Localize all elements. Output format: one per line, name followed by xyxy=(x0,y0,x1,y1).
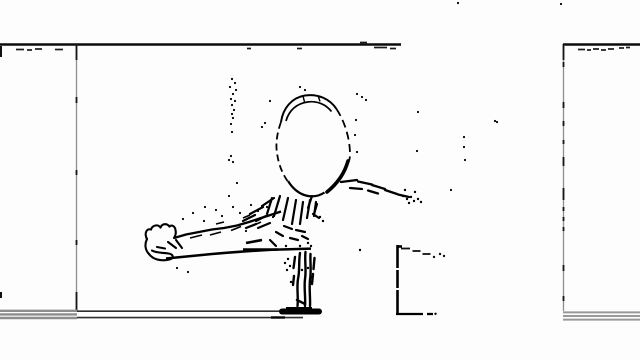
head-top-inner-arc xyxy=(286,102,332,121)
top-frame-dashes-right xyxy=(578,48,630,51)
box-left-edge xyxy=(397,245,402,313)
arm-bottom-edge xyxy=(166,249,311,259)
head-left-edge xyxy=(276,122,287,181)
head-right-edge xyxy=(337,109,351,163)
noise-dot-column-left-of-head xyxy=(228,78,263,184)
misc-noise-dots xyxy=(264,2,562,191)
torso-fold-strokes xyxy=(284,245,315,306)
edge-canvas xyxy=(0,0,640,360)
hand-outline xyxy=(145,224,182,260)
box-bottom-edge xyxy=(396,313,437,315)
head-chin-edge xyxy=(288,181,325,196)
jaw-thick-edge xyxy=(327,161,348,192)
right-shoulder-edge xyxy=(341,180,422,251)
neck-collar-scribbles xyxy=(243,196,324,247)
box-top-dashes xyxy=(401,249,445,259)
bottom-band-left xyxy=(0,311,77,318)
bottom-band-right xyxy=(563,312,640,319)
edge-detection-frame xyxy=(0,0,640,360)
